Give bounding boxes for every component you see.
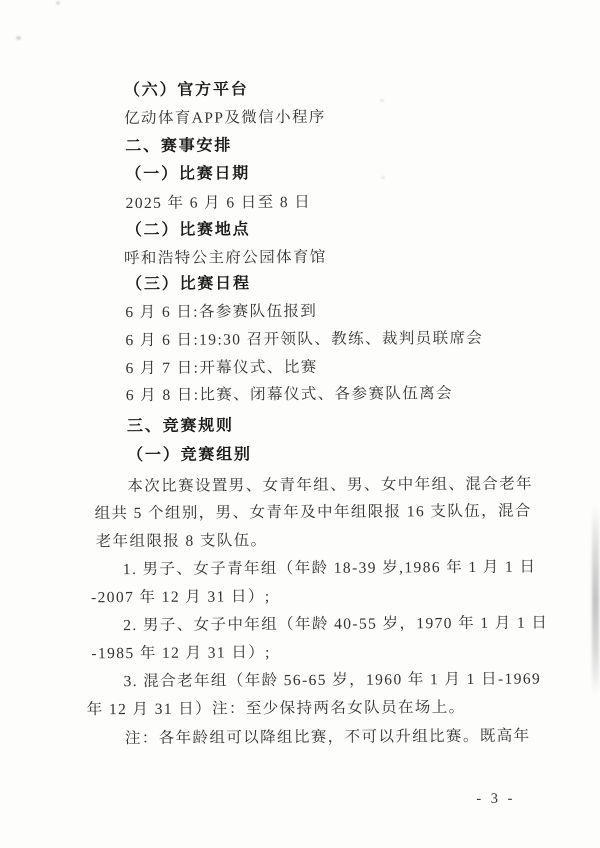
body-group3-senior-line2: 年 12 月 31 日）注：至少保持两名女队员在场上。 [87, 700, 466, 718]
page-number: - 3 - [476, 791, 515, 808]
body-competition-venue: 呼和浩特公主府公园体育馆 [124, 250, 327, 267]
scan-streak-artifact [592, 505, 599, 695]
scan-speck [381, 176, 385, 179]
heading-2-2-competition-venue: （二）比赛地点 [126, 222, 251, 239]
body-group2-middle-line1: 2. 男子、女子中年组（年龄 40-55 岁，1970 年 1 月 1 日 [123, 615, 548, 633]
body-schedule-june7: 6 月 7 日:开幕仪式、比赛 [126, 360, 318, 377]
body-schedule-june8: 6 月 8 日:比赛、闭幕仪式、各参赛队伍离会 [126, 386, 453, 403]
heading-2-1-competition-date: （一）比赛日期 [125, 166, 250, 183]
heading-3-competition-rules: 三、竞赛规则 [127, 418, 234, 435]
scan-speck [380, 99, 384, 102]
heading-2-3-competition-schedule: （三）比赛日程 [126, 276, 251, 293]
scan-speck [56, 1, 60, 5]
body-group1-youth-line1: 1. 男子、女子青年组（年龄 18-39 岁,1986 年 1 月 1 日 [123, 560, 537, 578]
body-group1-youth-line2: -2007 年 12 月 31 日）; [91, 589, 271, 606]
body-groups-para-line1: 本次比赛设置男、女青年组、男、女中年组、混合老年 [127, 477, 533, 495]
body-competition-date: 2025 年 6 月 6 日至 8 日 [126, 195, 312, 212]
body-group2-middle-line2: -1985 年 12 月 31 日）; [91, 645, 271, 662]
scan-speck [16, 36, 21, 40]
body-groups-para-line2: 组共 5 个组别，男、女青年及中年组限报 16 支队伍，混合 [94, 504, 531, 522]
body-schedule-june6-checkin: 6 月 6 日:各参赛队伍报到 [125, 304, 317, 321]
document-page: （六）官方平台 亿动体育APP及微信小程序 二、赛事安排 （一）比赛日期 202… [0, 0, 600, 848]
heading-6-official-platform: （六）官方平台 [124, 82, 249, 99]
body-schedule-june6-meeting: 6 月 6 日:19:30 召开领队、教练、裁判员联席会 [125, 331, 483, 349]
body-official-platform-apps: 亿动体育APP及微信小程序 [124, 110, 326, 127]
body-groups-para-line3: 老年组限报 8 支队伍。 [96, 533, 268, 550]
heading-3-1-competition-groups: （一）竞赛组别 [127, 447, 252, 464]
body-group3-senior-line1: 3. 混合老年组（年龄 56-65 岁，1960 年 1 月 1 日-1969 [124, 672, 542, 690]
heading-2-event-arrangement: 二、赛事安排 [125, 138, 232, 155]
body-age-group-note-line1: 注：各年龄组可以降组比赛，不可以升组比赛。既高年 [125, 729, 531, 747]
page-content: （六）官方平台 亿动体育APP及微信小程序 二、赛事安排 （一）比赛日期 202… [0, 0, 600, 848]
